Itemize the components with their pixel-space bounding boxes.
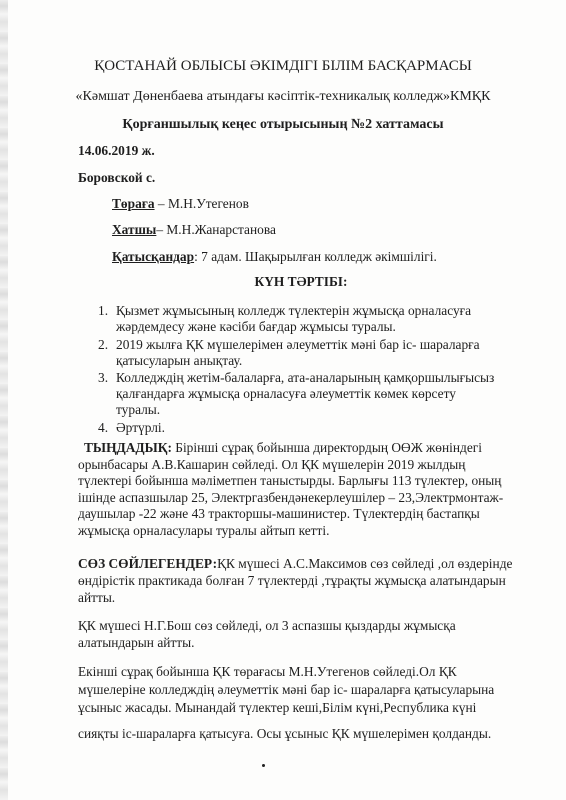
agenda-item-1: 1. Қызмет жұмысының колледж түлектерін ж…: [116, 303, 471, 335]
agenda-item-3: 3. Колледждің жетім-балаларға, ата-анала…: [116, 370, 494, 418]
speakers-section: СӨЗ СӨЙЛЕГЕНДЕР:ҚК мүшесі А.С.Максимов с…: [78, 555, 512, 606]
secretary-value: – М.Н.Жанарстанова: [156, 222, 276, 237]
chair-label: Төраға: [112, 196, 155, 211]
participants-value: : 7 адам. Шақырылған колледж әкімшілігі.: [194, 249, 437, 264]
listened-section: ТЫҢДАДЫҚ: Бірінші сұрақ бойынша директор…: [78, 440, 503, 540]
paragraph-second-question: Екінші сұрақ бойынша ҚК төрағасы М.Н.Уте…: [78, 663, 494, 743]
agenda-heading: КҮН ТӘРТІБІ:: [0, 274, 566, 290]
participants-row: Қатысқандар: 7 адам. Шақырылған колледж …: [112, 249, 437, 265]
scan-speck: [262, 764, 265, 767]
place: Боровской с.: [78, 170, 155, 186]
speakers-label: СӨЗ СӨЙЛЕГЕНДЕР:: [78, 556, 217, 571]
date: 14.06.2019 ж.: [78, 143, 155, 159]
listened-label: ТЫҢДАДЫҚ:: [84, 440, 172, 455]
document-title: Қорғаншылық кеңес отырысының №2 хаттамас…: [0, 117, 566, 133]
chair-row: Төраға – М.Н.Утегенов: [112, 196, 249, 212]
participants-label: Қатысқандар: [112, 249, 194, 264]
secretary-row: Хатшы– М.Н.Жанарстанова: [112, 222, 276, 238]
paragraph-bosh: ҚК мүшесі Н.Г.Бош сөз сөйледі, ол 3 аспа…: [78, 617, 456, 651]
chair-value: – М.Н.Утегенов: [155, 196, 249, 211]
college-name: «Кәмшат Дөненбаева атындағы кәсіптік-тех…: [0, 89, 566, 105]
agenda-item-2: 2. 2019 жылға ҚК мүшелерімен әлеуметтік …: [116, 337, 480, 369]
secretary-label: Хатшы: [112, 222, 156, 237]
agenda-item-4: 4. Әртүрлі.: [116, 420, 165, 436]
org-heading: ҚОСТАНАЙ ОБЛЫСЫ ӘКІМДІГІ БІЛІМ БАСҚАРМАС…: [0, 58, 566, 75]
